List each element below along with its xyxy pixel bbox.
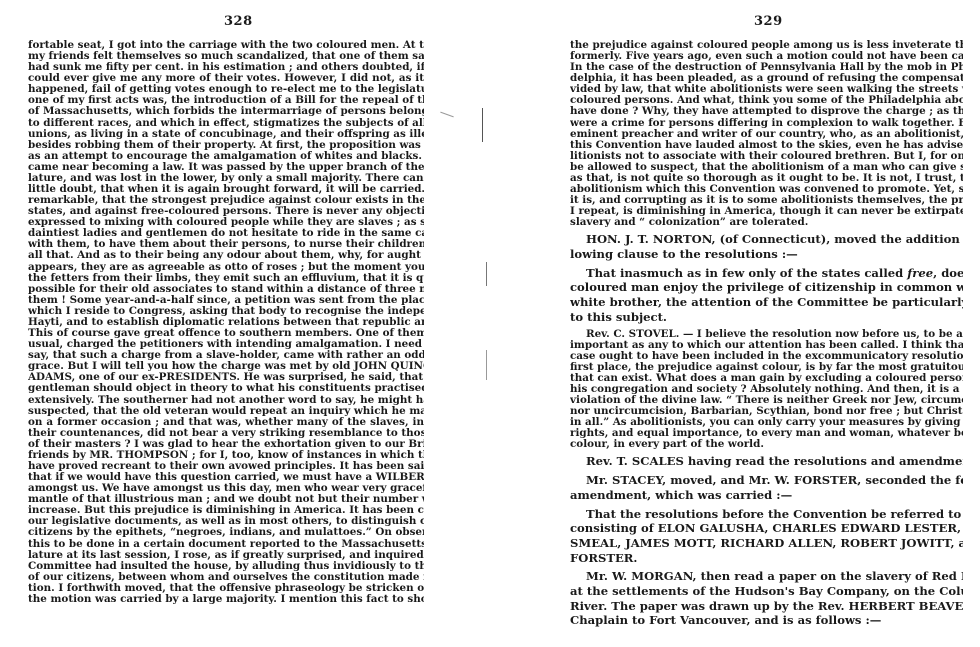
text-line: tion. I forthwith moved, that the offens… [28, 583, 424, 594]
text-line: unions, as living in a state of concubin… [28, 129, 424, 140]
text-line: case ought to have been included in the … [570, 351, 963, 362]
text-line: our legislative documents, as well as in… [28, 516, 424, 527]
text-line: the prejudice against coloured people am… [570, 40, 963, 51]
text-line: his congregation and society ? Absolutel… [570, 384, 963, 395]
text-line: In the case of the destruction of Pennsy… [570, 62, 963, 73]
text-line: extensively. The southerner had not anot… [28, 395, 424, 406]
text-line: them ! Some year-and-a-half since, a pet… [28, 295, 424, 306]
text-line: That the resolutions before the Conventi… [570, 507, 963, 522]
text-line: as that, is not quite so thorough as it … [570, 173, 963, 184]
text-line: in all.” As abolitionists, you can only … [570, 417, 963, 428]
text-line: SMEAL, JAMES MOTT, RICHARD ALLEN, ROBERT… [570, 536, 963, 551]
text-line: nor uncircumcision, Barbarian, Scythian,… [570, 406, 963, 417]
gutter-mark [482, 108, 483, 142]
text-line: slavery and “ colonization” are tolerate… [570, 217, 963, 228]
text-line: that can exist. What does a man gain by … [570, 373, 963, 384]
paragraph-clause: That inasmuch as in few only of the stat… [570, 266, 963, 325]
paragraph-norton-motion: HON. J. T. NORTON, (of Connecticut), mov… [570, 232, 963, 261]
text-line: friends by MR. THOMPSON ; for I, too, kn… [28, 450, 424, 461]
text-line: eminent preacher and writer of our count… [570, 129, 963, 140]
page-number-right: 329 [754, 14, 783, 29]
text-line: remarkable, that the strongest prejudice… [28, 195, 424, 206]
text-line: Committee had insulted the house, by all… [28, 561, 424, 572]
paragraph-continuation: the prejudice against coloured people am… [570, 40, 963, 228]
text-line: the fetters from their limbs, they emit … [28, 273, 424, 284]
text-line: of their masters ? I was glad to hear th… [28, 439, 424, 450]
text-line: increase. But this prejudice is diminish… [28, 505, 424, 516]
text-line: delphia, it has been pleaded, as a groun… [570, 73, 963, 84]
text-line: HON. J. T. NORTON, (of Connecticut), mov… [570, 232, 963, 247]
text-line: lature at its last session, I rose, as i… [28, 550, 424, 561]
text-line: happened, fail of getting votes enough t… [28, 84, 424, 95]
text-line: usual, charged the petitioners with inte… [28, 339, 424, 350]
text-line: Mr. W. MORGAN, then read a paper on the … [570, 569, 963, 584]
text-line: abolitionism which this Convention was c… [570, 184, 963, 195]
text-line: first place, the prejudice against colou… [570, 362, 963, 373]
text-line: consisting of ELON GALUSHA, CHARLES EDWA… [570, 521, 963, 536]
text-line: as an attempt to encourage the amalgamat… [28, 151, 424, 162]
text-line: the motion was carried by a large majori… [28, 594, 424, 605]
text-line: gentleman should object in theory to wha… [28, 383, 424, 394]
text-line: on a former occasion ; and that was, whe… [28, 417, 424, 428]
text-line: citizens by the epithets, “negroes, indi… [28, 527, 424, 538]
text-line: important as any to which our attention … [570, 340, 963, 351]
text-line: all that. And as to their being any odou… [28, 250, 424, 261]
text-line: one of my first acts was, the introducti… [28, 95, 424, 106]
text-line: besides robbing them of their property. … [28, 140, 424, 151]
right-page-body: the prejudice against coloured people am… [570, 40, 963, 628]
text-line: this Convention have lauded almost to th… [570, 140, 963, 151]
gutter-mark [486, 350, 487, 380]
text-line: mantle of that illustrious man ; and we … [28, 494, 424, 505]
text-line: grace. But I will tell you how the charg… [28, 361, 424, 372]
text-line: This of course gave great offence to sou… [28, 328, 424, 339]
text-line: Mr. STACEY, moved, and Mr. W. FORSTER, s… [570, 473, 963, 488]
text-line: with them, to have them about their pers… [28, 239, 424, 250]
text-line: lature, and was lost in the lower, by on… [28, 173, 424, 184]
text-line: daintiest ladies and gentlemen do not he… [28, 228, 424, 239]
text-line: at the settlements of the Hudson's Bay C… [570, 584, 963, 599]
text-line: be allowed to suspect, that the abolitio… [570, 162, 963, 173]
text-line: that if we would have this question carr… [28, 472, 424, 483]
text-line: came near becoming a law. It was passed … [28, 162, 424, 173]
text-line: of our citizens, between whom and oursel… [28, 572, 424, 583]
text-line: colour, in every part of the world. [570, 439, 963, 450]
text-line: Hayti, and to establish diplomatic relat… [28, 317, 424, 328]
text-line: of Massachusetts, which forbids the inte… [28, 106, 424, 117]
text-line: coloured persons. And what, think you so… [570, 95, 963, 106]
text-line: violation of the divine law. “ There is … [570, 395, 963, 406]
text-line: were a crime for persons differing in co… [570, 118, 963, 129]
left-page: 328 fortable seat, I got into the carria… [0, 0, 470, 647]
text-line: say, that such a charge from a slave-hol… [28, 350, 424, 361]
text-line: appears, they are as agreeable as otto o… [28, 262, 424, 273]
text-line: have proved recreant to their own avowed… [28, 461, 424, 472]
text-line: ADAMS, one of our ex-PRESIDENTS. He was … [28, 372, 424, 383]
text-line: suspected, that the old veteran would re… [28, 406, 424, 417]
right-page: 329 the prejudice against coloured peopl… [500, 0, 980, 647]
paragraph-morgan-paper: Mr. W. MORGAN, then read a paper on the … [570, 569, 963, 628]
text-line: amongst us. We have amongst us this day,… [28, 483, 424, 494]
text-line: FORSTER. [570, 551, 963, 566]
text-line: had sunk me fifty per cent. in his estim… [28, 62, 424, 73]
text-line: I repeat, is diminishing in America, tho… [570, 206, 963, 217]
text-line: Rev. C. STOVEL. — I believe the resoluti… [570, 329, 963, 340]
text-line: vided by law, that white abolitionists w… [570, 84, 963, 95]
page-number-left: 328 [224, 14, 253, 29]
text-line: have done ? Why, they have attempted to … [570, 106, 963, 117]
text-line: their countenances, did not bear a very … [28, 428, 424, 439]
text-line: litionists not to associate with their c… [570, 151, 963, 162]
emphasis-free: free [907, 266, 933, 280]
text-line: formerly. Five years ago, even such a mo… [570, 51, 963, 62]
paragraph-committee: That the resolutions before the Conventi… [570, 507, 963, 566]
left-page-body: fortable seat, I got into the carriage w… [28, 40, 424, 605]
text-line: my friends felt themselves so much scand… [28, 51, 424, 62]
paragraph-stacey-amendment: Mr. STACEY, moved, and Mr. W. FORSTER, s… [570, 473, 963, 502]
text-line: River. The paper was drawn up by the Rev… [570, 599, 963, 614]
text-line: could ever give me any more of their vot… [28, 73, 424, 84]
text-line: amendment, which was carried :— [570, 488, 963, 503]
paragraph-stovel-speech: Rev. C. STOVEL. — I believe the resoluti… [570, 329, 963, 451]
text-line: possible for their old associates to sta… [28, 284, 424, 295]
text-line: it is, and corrupting as it is to some a… [570, 195, 963, 206]
text-line: expressed to mixing with coloured people… [28, 217, 424, 228]
text-line: fortable seat, I got into the carriage w… [28, 40, 424, 51]
text-line: lowing clause to the resolutions :— [570, 247, 963, 262]
paragraph-scales: Rev. T. SCALES having read the resolutio… [570, 454, 963, 469]
text-line: little doubt, that when it is again brou… [28, 184, 424, 195]
gutter-mark [486, 262, 487, 286]
text-line: which I reside to Congress, asking that … [28, 306, 424, 317]
text-line: states, and against free-coloured person… [28, 206, 424, 217]
text-line: rights, and equal importance, to every m… [570, 428, 963, 439]
text-line: to different races, and which in effect,… [28, 118, 424, 129]
text-line: this to be done in a certain document re… [28, 539, 424, 550]
text-line: Chaplain to Fort Vancouver, and is as fo… [570, 613, 963, 628]
